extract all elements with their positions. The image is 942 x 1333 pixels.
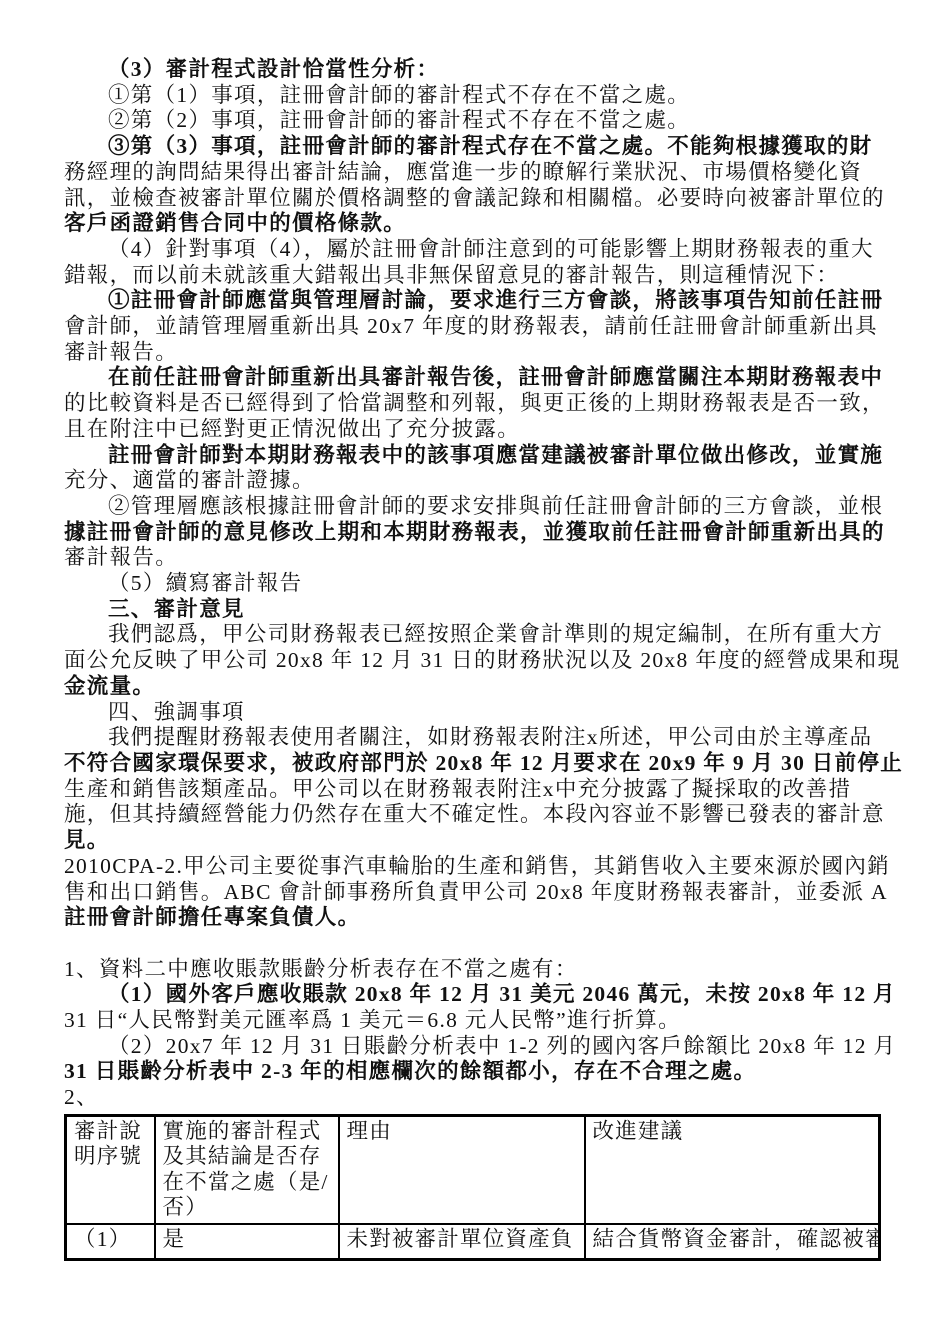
table-cell: 是: [155, 1224, 339, 1260]
text-line: 註冊會計師對本期財務報表中的該事項應當建議被審計單位做出修改，並實施: [64, 443, 914, 469]
text-line: 在前任註冊會計師重新出具審計報告後，註冊會計師應當關注本期財務報表中: [64, 365, 914, 391]
text-line: 31 日“人民幣對美元匯率爲 1 美元＝6.8 元人民幣”進行折算。: [64, 1008, 914, 1034]
text-line: 務經理的詢問結果得出審計結論，應當進一步的瞭解行業狀況、市場價格變化資: [64, 160, 914, 186]
table-header-row: 審計說明序號實施的審計程式及其結論是否存在不當之處（是/否）理由改進建議: [66, 1115, 880, 1224]
text-line: 金流量。: [64, 674, 914, 700]
text-line: 審計報告。: [64, 340, 914, 366]
text-line: 充分、適當的審計證據。: [64, 468, 914, 494]
table-cell: 未對被審計單位資產負: [339, 1224, 585, 1260]
table-cell: 結合貨幣資金審計，確認被審: [585, 1224, 880, 1260]
table-row: （1）是未對被審計單位資產負結合貨幣資金審計，確認被審: [66, 1224, 880, 1260]
text-lines: （3）審計程式設計恰當性分析：①第（1）事項，註冊會計師的審計程式不存在不當之處…: [64, 57, 914, 1111]
text-line: 註冊會計師擔任專案負債人。: [64, 905, 914, 931]
document-page: { "page": { "background": "#ffffff", "te…: [0, 0, 942, 1333]
text-line: 四、強調事項: [64, 700, 914, 726]
text-line: [64, 931, 914, 957]
text-line: ①註冊會計師應當與管理層討論，要求進行三方會談，將該事項告知前任註冊: [64, 288, 914, 314]
text-line: 生產和銷售該類產品。甲公司以在財務報表附注x中充分披露了擬採取的改善措: [64, 777, 914, 803]
table-header-cell: 實施的審計程式及其結論是否存在不當之處（是/否）: [155, 1115, 339, 1224]
text-line: （2）20x7 年 12 月 31 日賬齡分析表中 1-2 列的國內客戶餘額比 …: [64, 1034, 914, 1060]
text-line: 我們認爲，甲公司財務報表已經按照企業會計準則的規定編制，在所有重大方: [64, 622, 914, 648]
text-line: 31 日賬齡分析表中 2-3 年的相應欄次的餘額都小，存在不合理之處。: [64, 1059, 914, 1085]
text-line: （1）國外客戶應收賬款 20x8 年 12 月 31 美元 2046 萬元，未按…: [64, 982, 914, 1008]
text-line: 施，但其持續經營能力仍然存在重大不確定性。本段內容並不影響已發表的審計意: [64, 802, 914, 828]
text-line: 2、: [64, 1085, 914, 1111]
text-line: 我們提醒財務報表使用者關注，如財務報表附注x所述，甲公司由於主導產品: [64, 725, 914, 751]
table-header-cell: 改進建議: [585, 1115, 880, 1224]
text-line: ③第（3）事項，註冊會計師的審計程式存在不當之處。不能夠根據獲取的財: [64, 134, 914, 160]
text-line: ①第（1）事項，註冊會計師的審計程式不存在不當之處。: [64, 83, 914, 109]
text-line: 售和出口銷售。ABC 會計師事務所負責甲公司 20x8 年度財務報表審計，並委派…: [64, 880, 914, 906]
document-body: （3）審計程式設計恰當性分析：①第（1）事項，註冊會計師的審計程式不存在不當之處…: [64, 57, 914, 1261]
text-line: 訊，並檢查被審計單位關於價格調整的會議記錄和相關檔。必要時向被審計單位的: [64, 186, 914, 212]
audit-table: 審計說明序號實施的審計程式及其結論是否存在不當之處（是/否）理由改進建議 （1）…: [64, 1114, 881, 1261]
text-line: （3）審計程式設計恰當性分析：: [64, 57, 914, 83]
text-line: 三、審計意見: [64, 597, 914, 623]
text-line: 會計師，並請管理層重新出具 20x7 年度的財務報表，請前任註冊會計師重新出具: [64, 314, 914, 340]
audit-table-head: 審計說明序號實施的審計程式及其結論是否存在不當之處（是/否）理由改進建議: [66, 1115, 880, 1224]
text-line: ②管理層應該根據註冊會計師的要求安排與前任註冊會計師的三方會談，並根: [64, 494, 914, 520]
text-line: （4）針對事項（4），屬於註冊會計師注意到的可能影響上期財務報表的重大: [64, 237, 914, 263]
text-line: 據註冊會計師的意見修改上期和本期財務報表，並獲取前任註冊會計師重新出具的: [64, 520, 914, 546]
text-line: 錯報，而以前未就該重大錯報出具非無保留意見的審計報告，則這種情況下：: [64, 263, 914, 289]
audit-table-body: （1）是未對被審計單位資產負結合貨幣資金審計，確認被審: [66, 1224, 880, 1260]
table-header-cell: 審計說明序號: [66, 1115, 155, 1224]
text-line: 審計報告。: [64, 545, 914, 571]
text-line: 客戶函證銷售合同中的價格條款。: [64, 211, 914, 237]
text-line: （5）續寫審計報告: [64, 571, 914, 597]
text-line: 1、資料二中應收賬款賬齡分析表存在不當之處有：: [64, 957, 914, 983]
text-line: 面公允反映了甲公司 20x8 年 12 月 31 日的財務狀況以及 20x8 年…: [64, 648, 914, 674]
text-line: ②第（2）事項，註冊會計師的審計程式不存在不當之處。: [64, 108, 914, 134]
text-line: 2010CPA-2.甲公司主要從事汽車輪胎的生產和銷售，其銷售收入主要來源於國內…: [64, 854, 914, 880]
text-line: 且在附注中已經對更正情況做出了充分披露。: [64, 417, 914, 443]
table-cell: （1）: [66, 1224, 155, 1260]
text-line: 見。: [64, 828, 914, 854]
text-line: 不符合國家環保要求，被政府部門於 20x8 年 12 月要求在 20x9 年 9…: [64, 751, 914, 777]
text-line: 的比較資料是否已經得到了恰當調整和列報，與更正後的上期財務報表是否一致，: [64, 391, 914, 417]
table-header-cell: 理由: [339, 1115, 585, 1224]
